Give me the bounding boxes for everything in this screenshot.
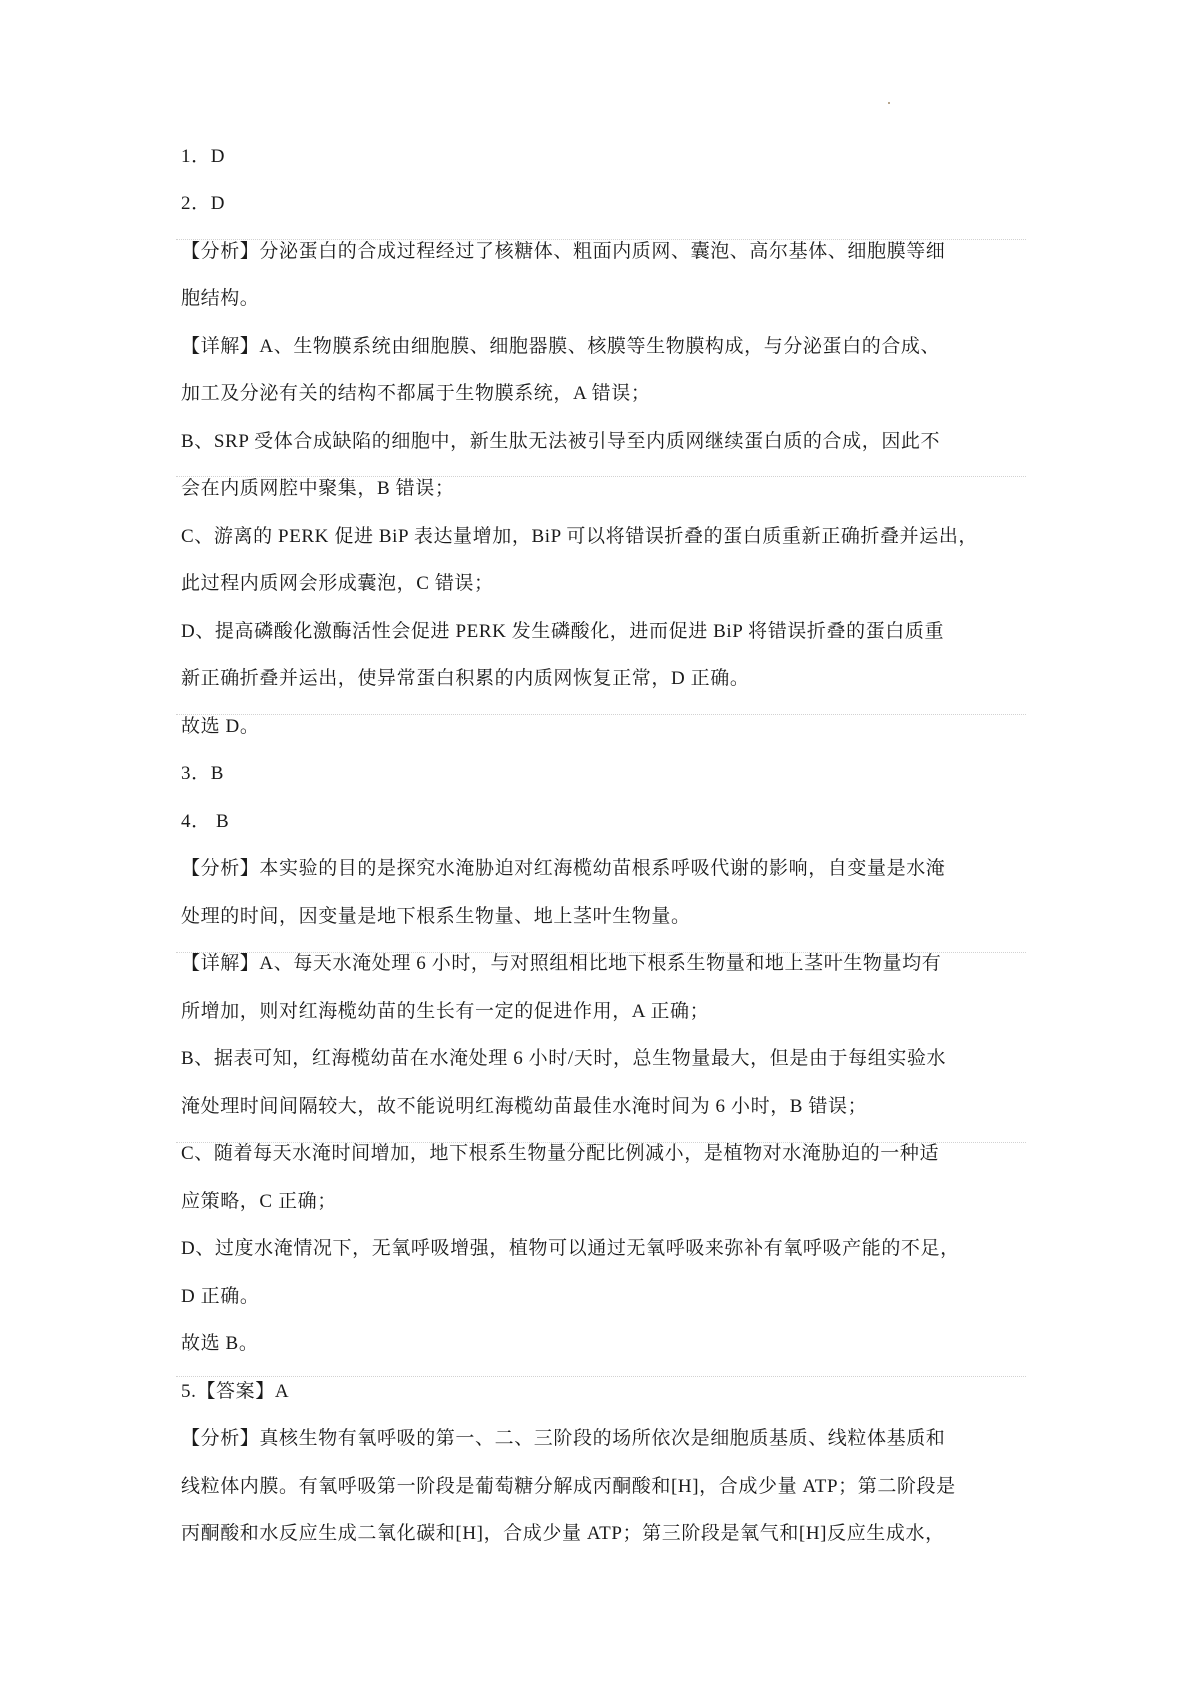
explanation-line: B、SRP 受体合成缺陷的细胞中，新生肽无法被引导至内质网继续蛋白质的合成，因此… (181, 430, 940, 454)
analysis-line: 【分析】真核生物有氧呼吸的第一、二、三阶段的场所依次是细胞质基质、线粒体基质和 (181, 1427, 945, 1451)
explanation-line: C、随着每天水淹时间增加，地下根系生物量分配比例减小，是植物对水淹胁迫的一种适 (181, 1142, 939, 1166)
answer-line-q5: 5.【答案】A (181, 1380, 289, 1404)
explanation-line: D 正确。 (181, 1285, 259, 1309)
explanation-line: B、据表可知，红海榄幼苗在水淹处理 6 小时/天时，总生物量最大，但是由于每组实… (181, 1047, 946, 1071)
answer-line-q4: 4． B (181, 810, 229, 834)
conclusion-line: 故选 B。 (181, 1332, 258, 1356)
analysis-line: 胞结构。 (181, 287, 259, 311)
answer-line-q1: 1．D (181, 145, 225, 169)
explanation-line: 会在内质网腔中聚集，B 错误； (181, 477, 454, 501)
answer-line-q2: 2．D (181, 192, 225, 216)
analysis-line: 【分析】分泌蛋白的合成过程经过了核糖体、粗面内质网、囊泡、高尔基体、细胞膜等细 (181, 240, 945, 264)
explanation-line: 【详解】A、生物膜系统由细胞膜、细胞器膜、核膜等生物膜构成，与分泌蛋白的合成、 (181, 335, 940, 359)
dotted-rule (176, 714, 1026, 715)
analysis-line: 处理的时间，因变量是地下根系生物量、地上茎叶生物量。 (181, 905, 691, 929)
explanation-line: 【详解】A、每天水淹处理 6 小时，与对照组相比地下根系生物量和地上茎叶生物量均… (181, 952, 941, 976)
explanation-line: 新正确折叠并运出，使异常蛋白积累的内质网恢复正常，D 正确。 (181, 667, 749, 691)
scan-artifact-dot (888, 102, 890, 104)
analysis-line: 【分析】本实验的目的是探究水淹胁迫对红海榄幼苗根系呼吸代谢的影响，自变量是水淹 (181, 857, 945, 881)
explanation-line: 加工及分泌有关的结构不都属于生物膜系统，A 错误； (181, 382, 650, 406)
answer-line-q3: 3．B (181, 762, 224, 786)
dotted-rule (176, 1376, 1026, 1377)
explanation-line: C、游离的 PERK 促进 BiP 表达量增加，BiP 可以将错误折叠的蛋白质重… (181, 525, 978, 549)
explanation-line: 此过程内质网会形成囊泡，C 错误； (181, 572, 494, 596)
explanation-line: 应策略，C 正确； (181, 1190, 337, 1214)
explanation-line: D、过度水淹情况下，无氧呼吸增强，植物可以通过无氧呼吸来弥补有氧呼吸产能的不足， (181, 1237, 960, 1261)
analysis-line: 丙酮酸和水反应生成二氧化碳和[H]，合成少量 ATP；第三阶段是氧气和[H]反应… (181, 1522, 945, 1546)
conclusion-line: 故选 D。 (181, 715, 259, 739)
analysis-line: 线粒体内膜。有氧呼吸第一阶段是葡萄糖分解成丙酮酸和[H]，合成少量 ATP；第二… (181, 1475, 956, 1499)
explanation-line: D、提高磷酸化激酶活性会促进 PERK 发生磷酸化，进而促进 BiP 将错误折叠… (181, 620, 944, 644)
explanation-line: 所增加，则对红海榄幼苗的生长有一定的促进作用，A 正确； (181, 1000, 709, 1024)
explanation-line: 淹处理时间间隔较大，故不能说明红海榄幼苗最佳水淹时间为 6 小时，B 错误； (181, 1095, 867, 1119)
document-page: 1．D 2．D 【分析】分泌蛋白的合成过程经过了核糖体、粗面内质网、囊泡、高尔基… (0, 0, 1200, 1698)
